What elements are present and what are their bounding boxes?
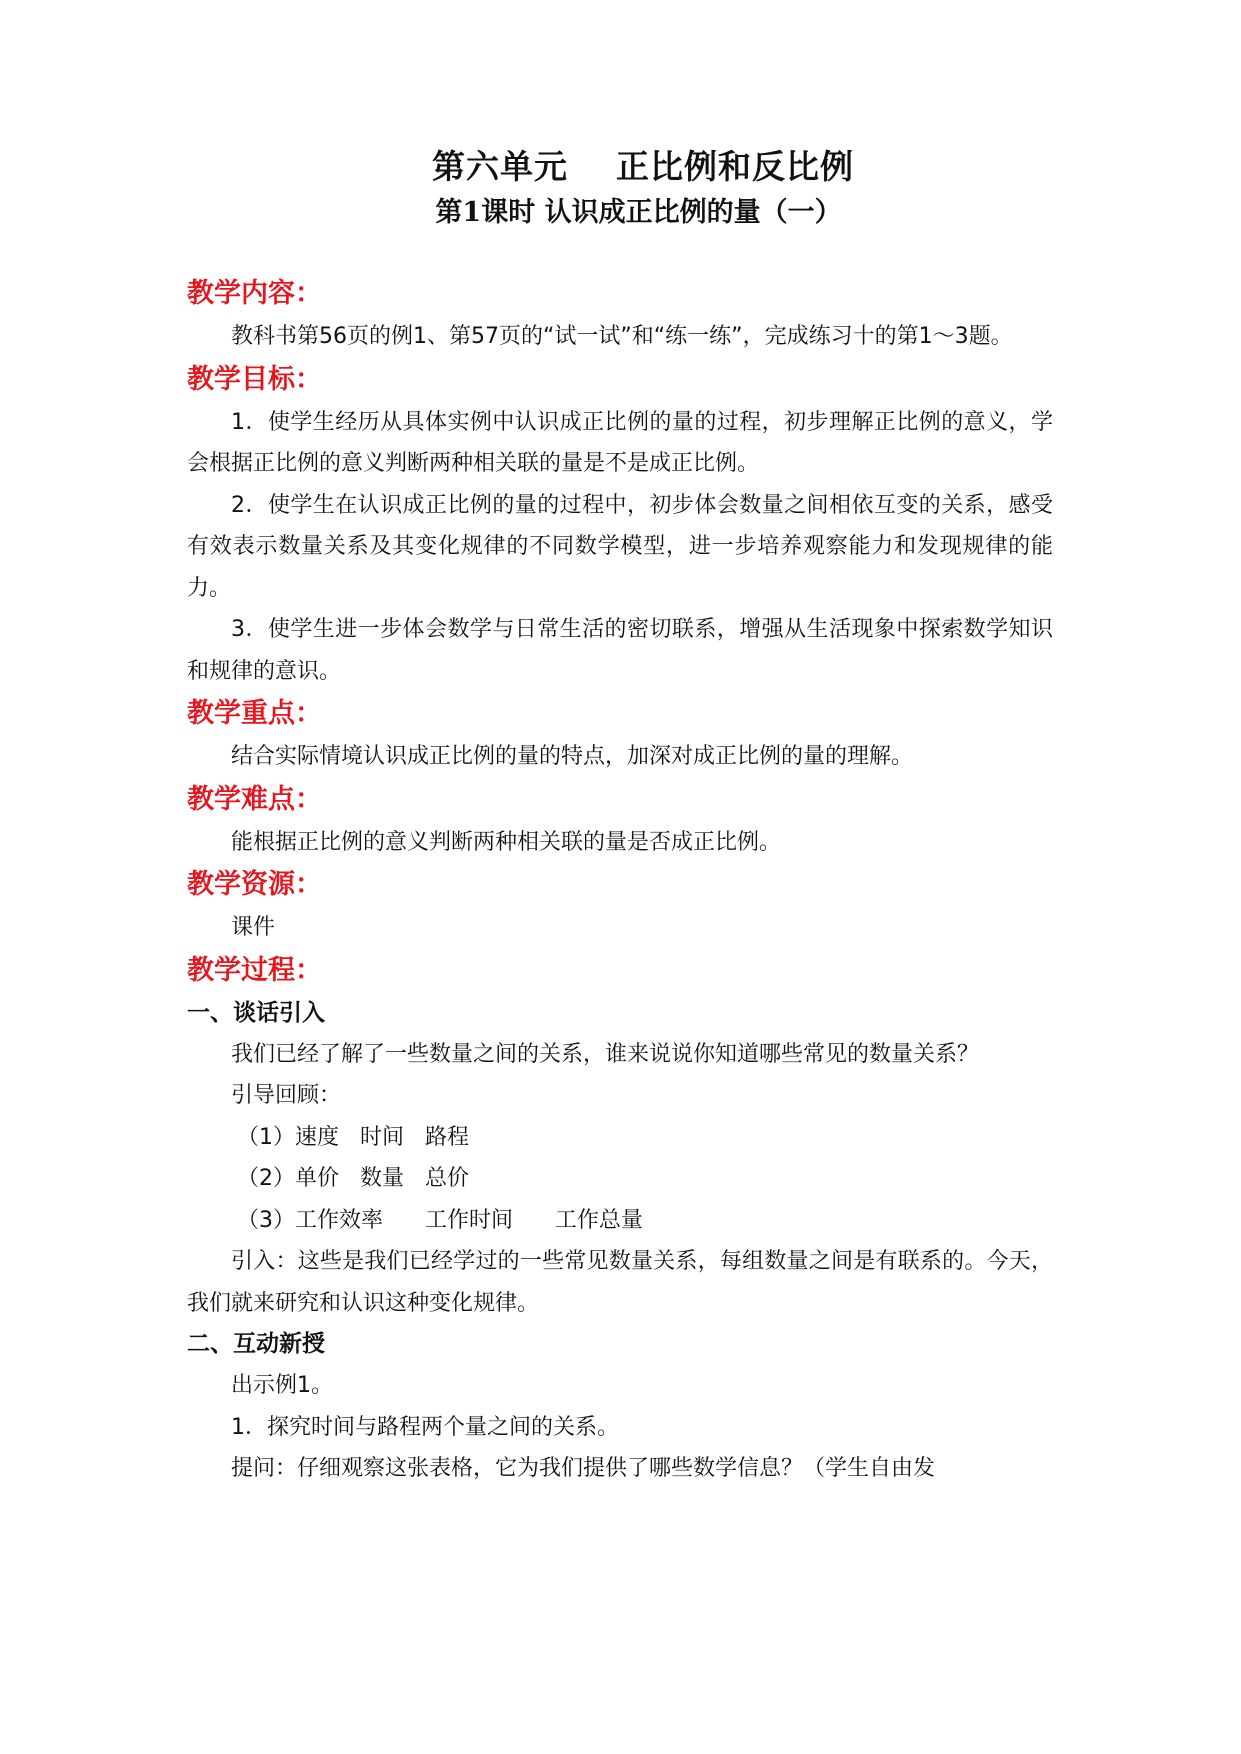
review-item: （2）单价 数量 总价 [187, 1158, 1053, 1200]
unit-topic: 正比例和反比例 [616, 147, 854, 186]
heading-process: 教学过程： [187, 949, 1053, 993]
document-page: 第六单元正比例和反比例 第1课时 认识成正比例的量（一） 教学内容： 教科书第5… [0, 0, 1241, 1754]
content-text: 教科书第56页的例1、第57页的“试一试”和“练一练”，完成练习十的第1～3题。 [187, 316, 1053, 358]
objective-item: 2．使学生在认识成正比例的量的过程中，初步体会数量之间相依互变的关系，感受有效表… [187, 485, 1053, 610]
part2-question: 提问：仔细观察这张表格，它为我们提供了哪些数学信息？（学生自由发 [187, 1448, 1053, 1490]
part1-heading: 一、谈话引入 [187, 993, 1053, 1034]
heading-resources: 教学资源： [187, 863, 1053, 907]
heading-key-points: 教学重点： [187, 692, 1053, 736]
key-points-text: 结合实际情境认识成正比例的量的特点，加深对成正比例的量的理解。 [187, 736, 1053, 778]
review-label: 引导回顾： [187, 1075, 1053, 1117]
part1-lead-in: 引入：这些是我们已经学过的一些常见数量关系，每组数量之间是有联系的。今天，我们就… [187, 1241, 1053, 1324]
objective-item: 3．使学生进一步体会数学与日常生活的密切联系，增强从生活现象中探索数学知识和规律… [187, 609, 1053, 692]
heading-objectives: 教学目标： [187, 358, 1053, 402]
part1-intro: 我们已经了解了一些数量之间的关系，谁来说说你知道哪些常见的数量关系？ [187, 1034, 1053, 1076]
heading-content: 教学内容： [187, 272, 1053, 316]
part2-show: 出示例1。 [187, 1365, 1053, 1407]
objective-item: 1．使学生经历从具体实例中认识成正比例的量的过程，初步理解正比例的意义，学会根据… [187, 402, 1053, 485]
review-item: （1）速度 时间 路程 [187, 1117, 1053, 1159]
difficulties-text: 能根据正比例的意义判断两种相关联的量是否成正比例。 [187, 822, 1053, 864]
heading-difficulties: 教学难点： [187, 778, 1053, 822]
part2-step1: 1．探究时间与路程两个量之间的关系。 [187, 1407, 1053, 1449]
resources-text: 课件 [187, 907, 1053, 949]
unit-label: 第六单元 [432, 147, 568, 186]
part2-heading: 二、互动新授 [187, 1324, 1053, 1365]
lesson-plan-body: 教学内容： 教科书第56页的例1、第57页的“试一试”和“练一练”，完成练习十的… [187, 272, 1053, 1490]
review-item: （3）工作效率 工作时间 工作总量 [187, 1200, 1053, 1242]
unit-title: 第六单元正比例和反比例 [45, 145, 1241, 189]
lesson-title: 第1课时 认识成正比例的量（一） [36, 191, 1241, 235]
title-block: 第六单元正比例和反比例 第1课时 认识成正比例的量（一） [0, 145, 1241, 235]
